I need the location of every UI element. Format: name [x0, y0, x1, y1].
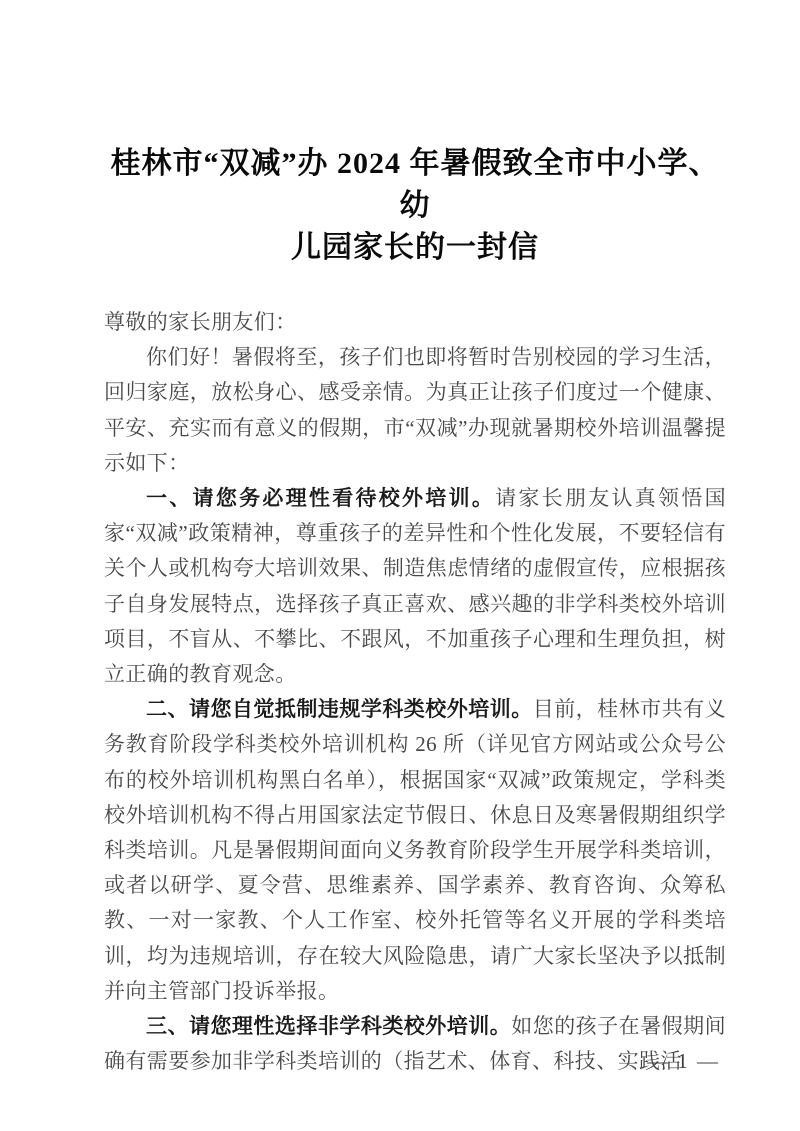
paragraph-section-1-text: 请家长朋友认真领悟国家“双减”政策精神，尊重孩子的差异性和个性化发展，不要轻信有…	[104, 486, 726, 686]
paragraph-section-2: 二、请您自觉抵制违规学科类校外培训。目前，桂林市共有义务教育阶段学科类校外培训机…	[104, 692, 726, 1009]
paragraph-section-3: 三、请您理性选择非学科类校外培训。如您的孩子在暑假期间确有需要参加非学科类培训的…	[104, 1009, 726, 1079]
paragraph-section-3-head: 三、请您理性选择非学科类校外培训。	[146, 1015, 511, 1038]
paragraph-intro: 你们好！暑假将至，孩子们也即将暂时告别校园的学习生活，回归家庭，放松身心、感受亲…	[104, 340, 726, 481]
letter-body: 尊敬的家长朋友们： 你们好！暑假将至，孩子们也即将暂时告别校园的学习生活，回归家…	[104, 305, 726, 1079]
paragraph-section-1: 一、请您务必理性看待校外培训。请家长朋友认真领悟国家“双减”政策精神，尊重孩子的…	[104, 481, 726, 692]
page-number: — 1 —	[647, 1049, 720, 1074]
salutation: 尊敬的家长朋友们：	[104, 305, 726, 340]
document-title-line1: 桂林市“双减”办 2024 年暑假致全市中小学、幼	[111, 147, 720, 222]
paragraph-section-2-head: 二、请您自觉抵制违规学科类校外培训。	[146, 698, 533, 721]
document-page: 桂林市“双减”办 2024 年暑假致全市中小学、幼 儿园家长的一封信 尊敬的家长…	[0, 0, 800, 1131]
paragraph-intro-text: 你们好！暑假将至，孩子们也即将暂时告别校园的学习生活，回归家庭，放松身心、感受亲…	[104, 345, 726, 475]
paragraph-section-1-head: 一、请您务必理性看待校外培训。	[146, 487, 495, 510]
paragraph-section-2-text: 目前，桂林市共有义务教育阶段学科类校外培训机构 26 所（详见官方网站或公众号公…	[104, 697, 726, 1003]
document-title: 桂林市“双减”办 2024 年暑假致全市中小学、幼 儿园家长的一封信	[104, 0, 726, 269]
document-title-line2: 儿园家长的一封信	[291, 231, 539, 264]
